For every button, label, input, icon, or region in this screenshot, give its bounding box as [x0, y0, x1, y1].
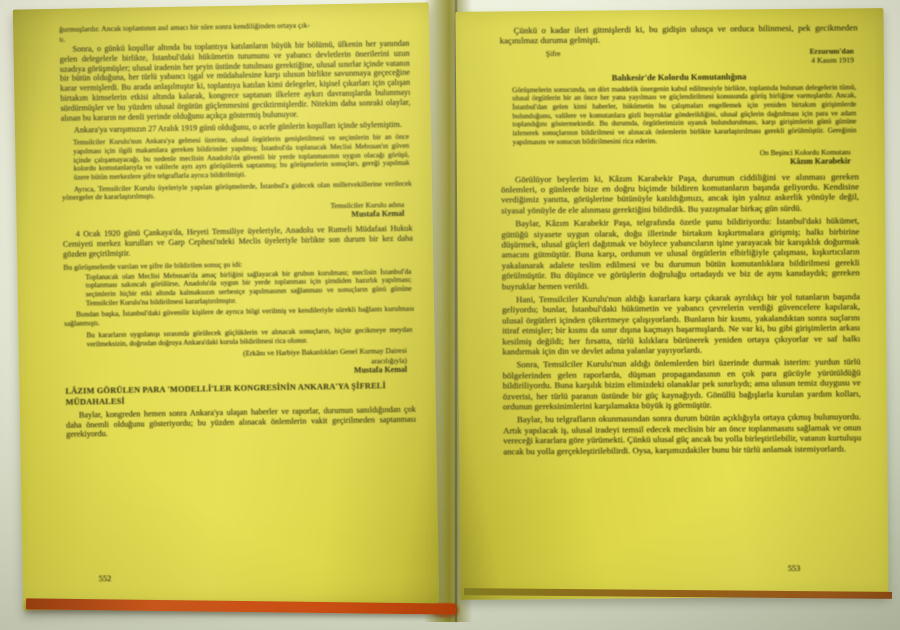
text-block-para: 4 Ocak 1920 günü Çankaya'da, Heyeti Tems…: [63, 224, 413, 259]
telegram-origin-date: Erzurum'dan4 Kasım 1919: [809, 46, 853, 65]
text-block-parasm: Ayrıca, Temsilciler Kurulu üyeleriyle ya…: [62, 179, 412, 203]
text-block-sigbold: Kâzım Karabekir: [501, 156, 851, 168]
text-block-paraR: Görülüyor beylerim ki, Kâzım Karabekir P…: [501, 171, 859, 216]
text-block-para: Sonra, o günkü koşullar altında bu topla…: [59, 39, 410, 123]
left-page-number: 552: [99, 574, 112, 583]
text-block-quote2: Bu kararların uygulanışı sırasında görül…: [86, 326, 412, 349]
text-block-quote: Görüşmelerin sonucunda, on dört maddelik…: [512, 83, 857, 147]
text-block-quote2: Toplanacak olan Meclisi Mebusan'da amaç …: [85, 267, 412, 307]
text-block-quote: Temsilciler Kurulu'nun Ankara'ya gelmesi…: [73, 133, 410, 182]
text-block-heading-center: Balıkesir'de Kolordu Komutanlığına: [500, 70, 858, 83]
right-page-number: 553: [788, 564, 801, 573]
text-block-paraR: Baylar, Kâzım Karabekir Paşa, telgrafınd…: [501, 216, 860, 292]
text-block-paraR: Hani, Temsilciler Kurulu'nun aldığı kara…: [502, 291, 861, 357]
text-block-para: Baylar, kongreden hemen sonra Ankara'ya …: [66, 405, 416, 440]
left-page: ğurmuşlardır. Ancak toplantının asıl ama…: [13, 2, 439, 610]
text-block-paraR: Baylar, bu telgrafların okunmasından son…: [503, 412, 861, 457]
photo-of-open-book: ğurmuşlardır. Ancak toplantının asıl ama…: [0, 0, 900, 630]
right-page-text: Çünkü o kadar ileri gitmişlerdi ki, bu g…: [500, 22, 862, 459]
text-block-parasm: Bundan başka, İstanbul'daki güvenilir ki…: [64, 305, 414, 329]
text-block-paraR: Sonra, Temsilciler Kurulu'nun aldığı önl…: [502, 357, 860, 412]
right-page: Çünkü o kadar ileri gitmişlerdi ki, bu g…: [455, 8, 888, 600]
text-block-paraR: Çünkü o kadar ileri gitmişlerdi ki, bu g…: [500, 22, 858, 46]
text-block-heading-caps: LÂZIM GÖRÜLEN PARA 'MODELLİ'LER KONGRESİ…: [65, 381, 415, 408]
left-page-text: ğurmuşlardır. Ancak toplantının asıl ama…: [59, 19, 416, 443]
text-block-dateline: ŞifreErzurum'dan4 Kasım 1919: [500, 46, 858, 68]
cipher-label: Şifre: [546, 49, 561, 58]
